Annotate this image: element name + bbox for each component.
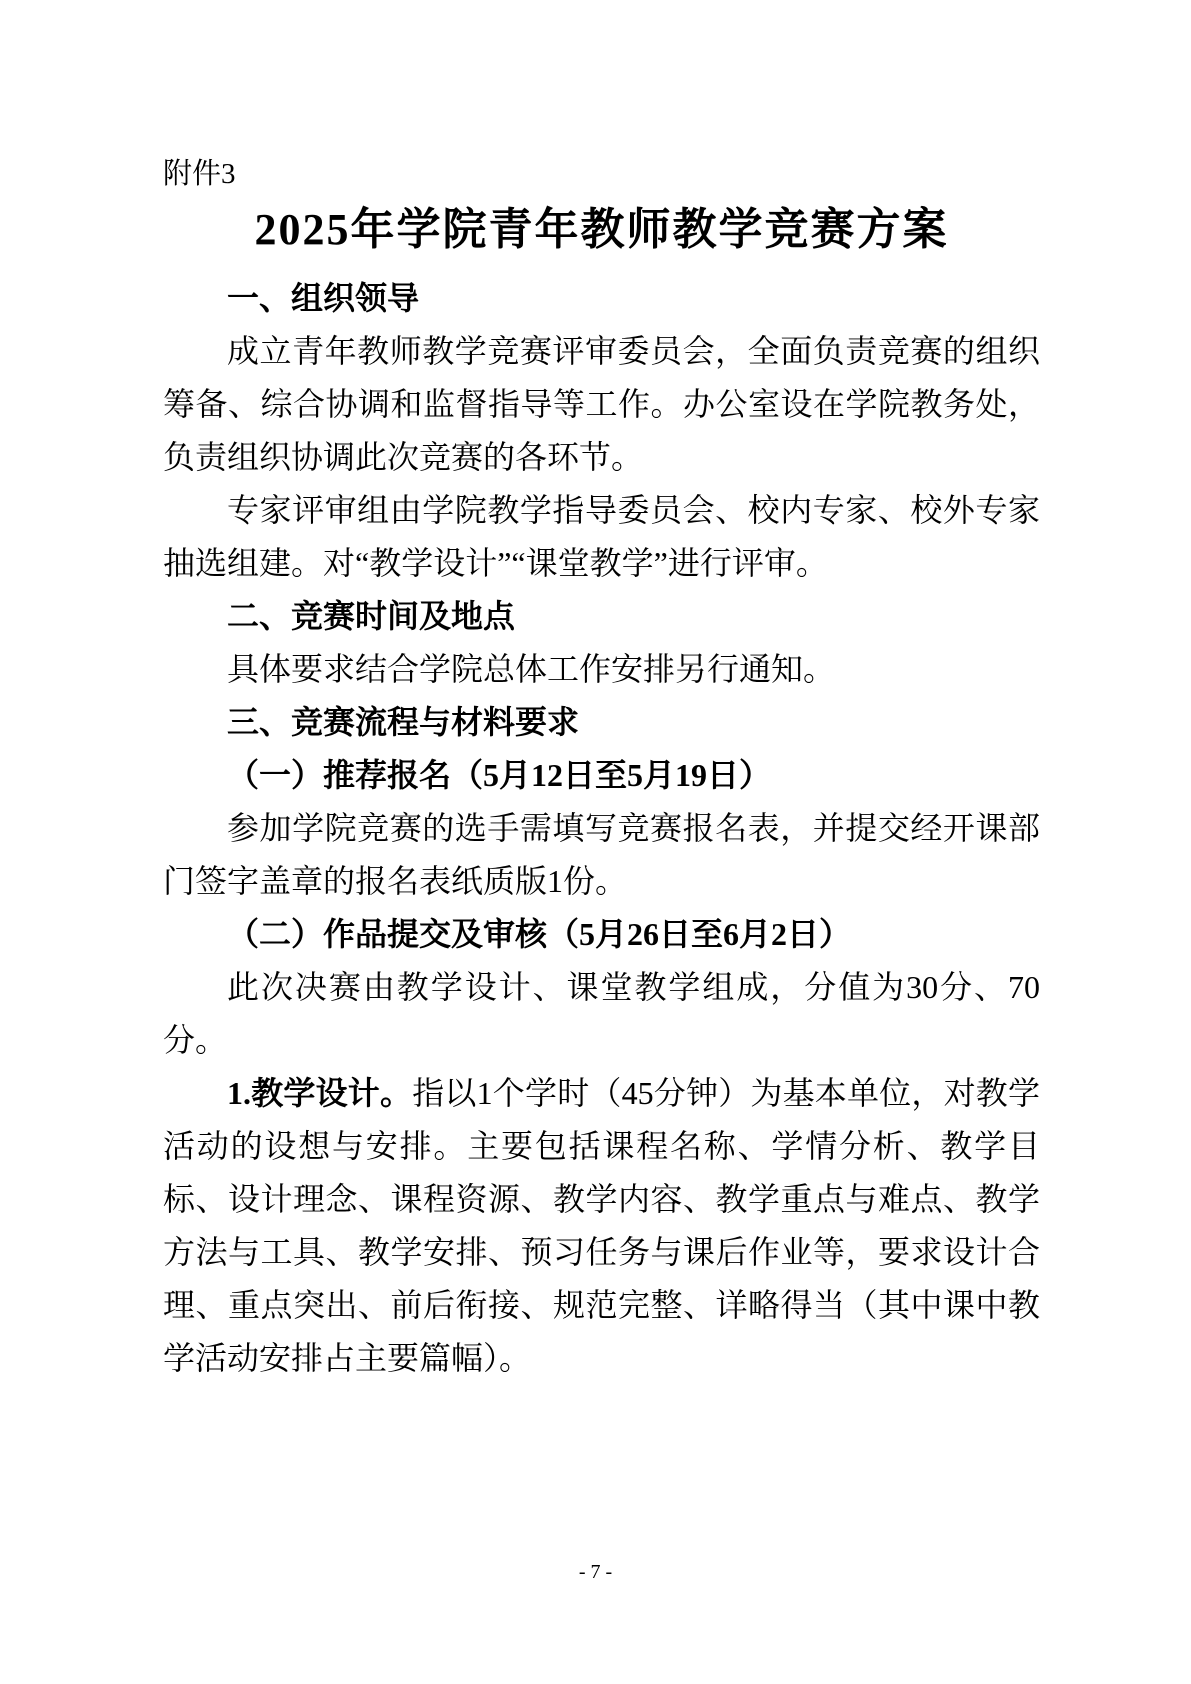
attachment-label: 附件3	[163, 158, 1040, 190]
subsection-heading-submission-review: （二）作品提交及审核（5月26日至6月2日）	[163, 908, 1040, 961]
paragraph-organization-2: 专家评审组由学院教学指导委员会、校内专家、校外专家抽选组建。对“教学设计”“课堂…	[163, 484, 1040, 590]
document-content: 附件3 2025年学院青年教师教学竞赛方案 一、组织领导 成立青年教师教学竞赛评…	[163, 158, 1040, 1385]
paragraph-signup: 参加学院竞赛的选手需填写竞赛报名表，并提交经开课部门签字盖章的报名表纸质版1份。	[163, 802, 1040, 908]
teaching-design-description: 指以1个学时（45分钟）为基本单位，对教学活动的设想与安排。主要包括课程名称、学…	[163, 1075, 1040, 1376]
section-heading-organization: 一、组织领导	[163, 272, 1040, 325]
section-heading-process-materials: 三、竞赛流程与材料要求	[163, 696, 1040, 749]
paragraph-organization-1: 成立青年教师教学竞赛评审委员会，全面负责竞赛的组织筹备、综合协调和监督指导等工作…	[163, 325, 1040, 484]
teaching-design-lead-label: 1.教学设计。	[227, 1075, 412, 1111]
paragraph-teaching-design: 1.教学设计。指以1个学时（45分钟）为基本单位，对教学活动的设想与安排。主要包…	[163, 1067, 1040, 1385]
page-number: - 7 -	[0, 1560, 1191, 1584]
section-heading-time-place: 二、竞赛时间及地点	[163, 590, 1040, 643]
document-page: 附件3 2025年学院青年教师教学竞赛方案 一、组织领导 成立青年教师教学竞赛评…	[0, 0, 1191, 1684]
document-body: 一、组织领导 成立青年教师教学竞赛评审委员会，全面负责竞赛的组织筹备、综合协调和…	[163, 272, 1040, 1385]
paragraph-submission-overview: 此次决赛由教学设计、课堂教学组成，分值为30分、70分。	[163, 961, 1040, 1067]
subsection-heading-signup: （一）推荐报名（5月12日至5月19日）	[163, 749, 1040, 802]
document-title: 2025年学院青年教师教学竞赛方案	[163, 204, 1040, 256]
paragraph-time-place: 具体要求结合学院总体工作安排另行通知。	[163, 643, 1040, 696]
